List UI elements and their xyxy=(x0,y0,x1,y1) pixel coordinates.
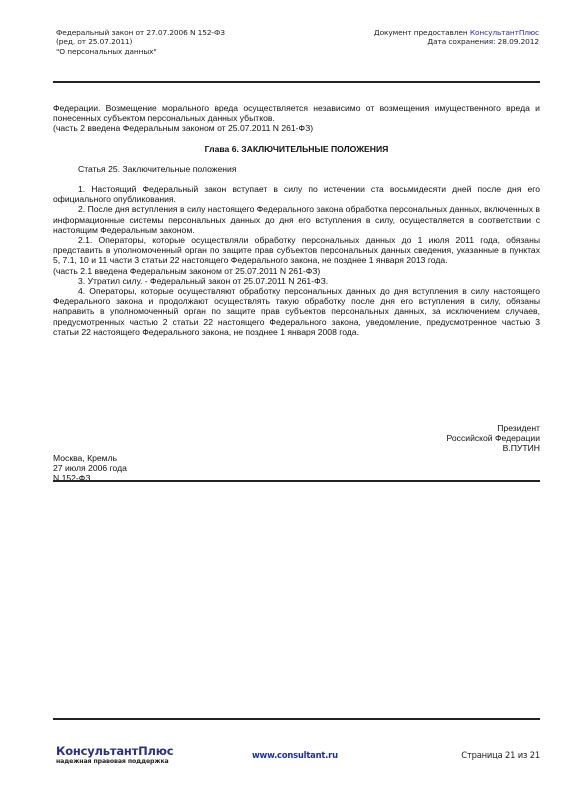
brand-name: КонсультантПлюс xyxy=(56,745,173,758)
header-divider xyxy=(53,81,540,83)
law-revision-line: (ред. от 25.07.2011) xyxy=(56,37,225,46)
footer-logo: КонсультантПлюс надежная правовая поддер… xyxy=(56,745,173,766)
provided-by-line: Документ предоставлен КонсультантПлюс xyxy=(374,28,539,37)
place: Москва, Кремль xyxy=(53,453,127,463)
footer-divider xyxy=(53,718,540,720)
brand-tagline: надежная правовая поддержка xyxy=(56,758,173,766)
article-item-4: 4. Операторы, которые осуществляют обраб… xyxy=(53,286,540,337)
article-heading: Статья 25. Заключительные положения xyxy=(53,164,540,174)
article-item-3: 3. Утратил силу. - Федеральный закон от … xyxy=(53,276,540,286)
date: 27 июля 2006 года xyxy=(53,463,127,473)
signature-block: Президент Российской Федерации В.ПУТИН xyxy=(447,423,540,454)
signature-country: Российской Федерации xyxy=(447,433,540,443)
end-divider xyxy=(53,480,540,482)
provider-brand: КонсультантПлюс xyxy=(470,28,539,37)
law-number: N 152-ФЗ xyxy=(53,473,127,483)
signature-name: В.ПУТИН xyxy=(447,443,540,453)
document-body: Федерации. Возмещение морального вреда о… xyxy=(53,103,540,337)
website-link[interactable]: www.consultant.ru xyxy=(252,750,338,760)
law-title-line: Федеральный закон от 27.07.2006 N 152-ФЗ xyxy=(56,28,225,37)
article-item-2-1: 2.1. Операторы, которые осуществляли обр… xyxy=(53,235,540,266)
page-number: Страница 21 из 21 xyxy=(461,750,540,760)
document-header-title: Федеральный закон от 27.07.2006 N 152-ФЗ… xyxy=(56,28,225,56)
law-name-line: "О персональных данных" xyxy=(56,47,225,56)
chapter-heading: Глава 6. ЗАКЛЮЧИТЕЛЬНЫЕ ПОЛОЖЕНИЯ xyxy=(53,144,540,154)
document-header-source: Документ предоставлен КонсультантПлюс Да… xyxy=(374,28,539,47)
article-item-2: 2. После дня вступления в силу настоящег… xyxy=(53,204,540,235)
amendment-note: (часть 2.1 введена Федеральным законом о… xyxy=(53,266,540,276)
amendment-note: (часть 2 введена Федеральным законом от … xyxy=(53,123,540,133)
signature-title: Президент xyxy=(447,423,540,433)
paragraph-continuation: Федерации. Возмещение морального вреда о… xyxy=(53,103,540,123)
saved-date: Дата сохранения: 28.09.2012 xyxy=(374,37,539,46)
article-item-1: 1. Настоящий Федеральный закон вступает … xyxy=(53,184,540,204)
